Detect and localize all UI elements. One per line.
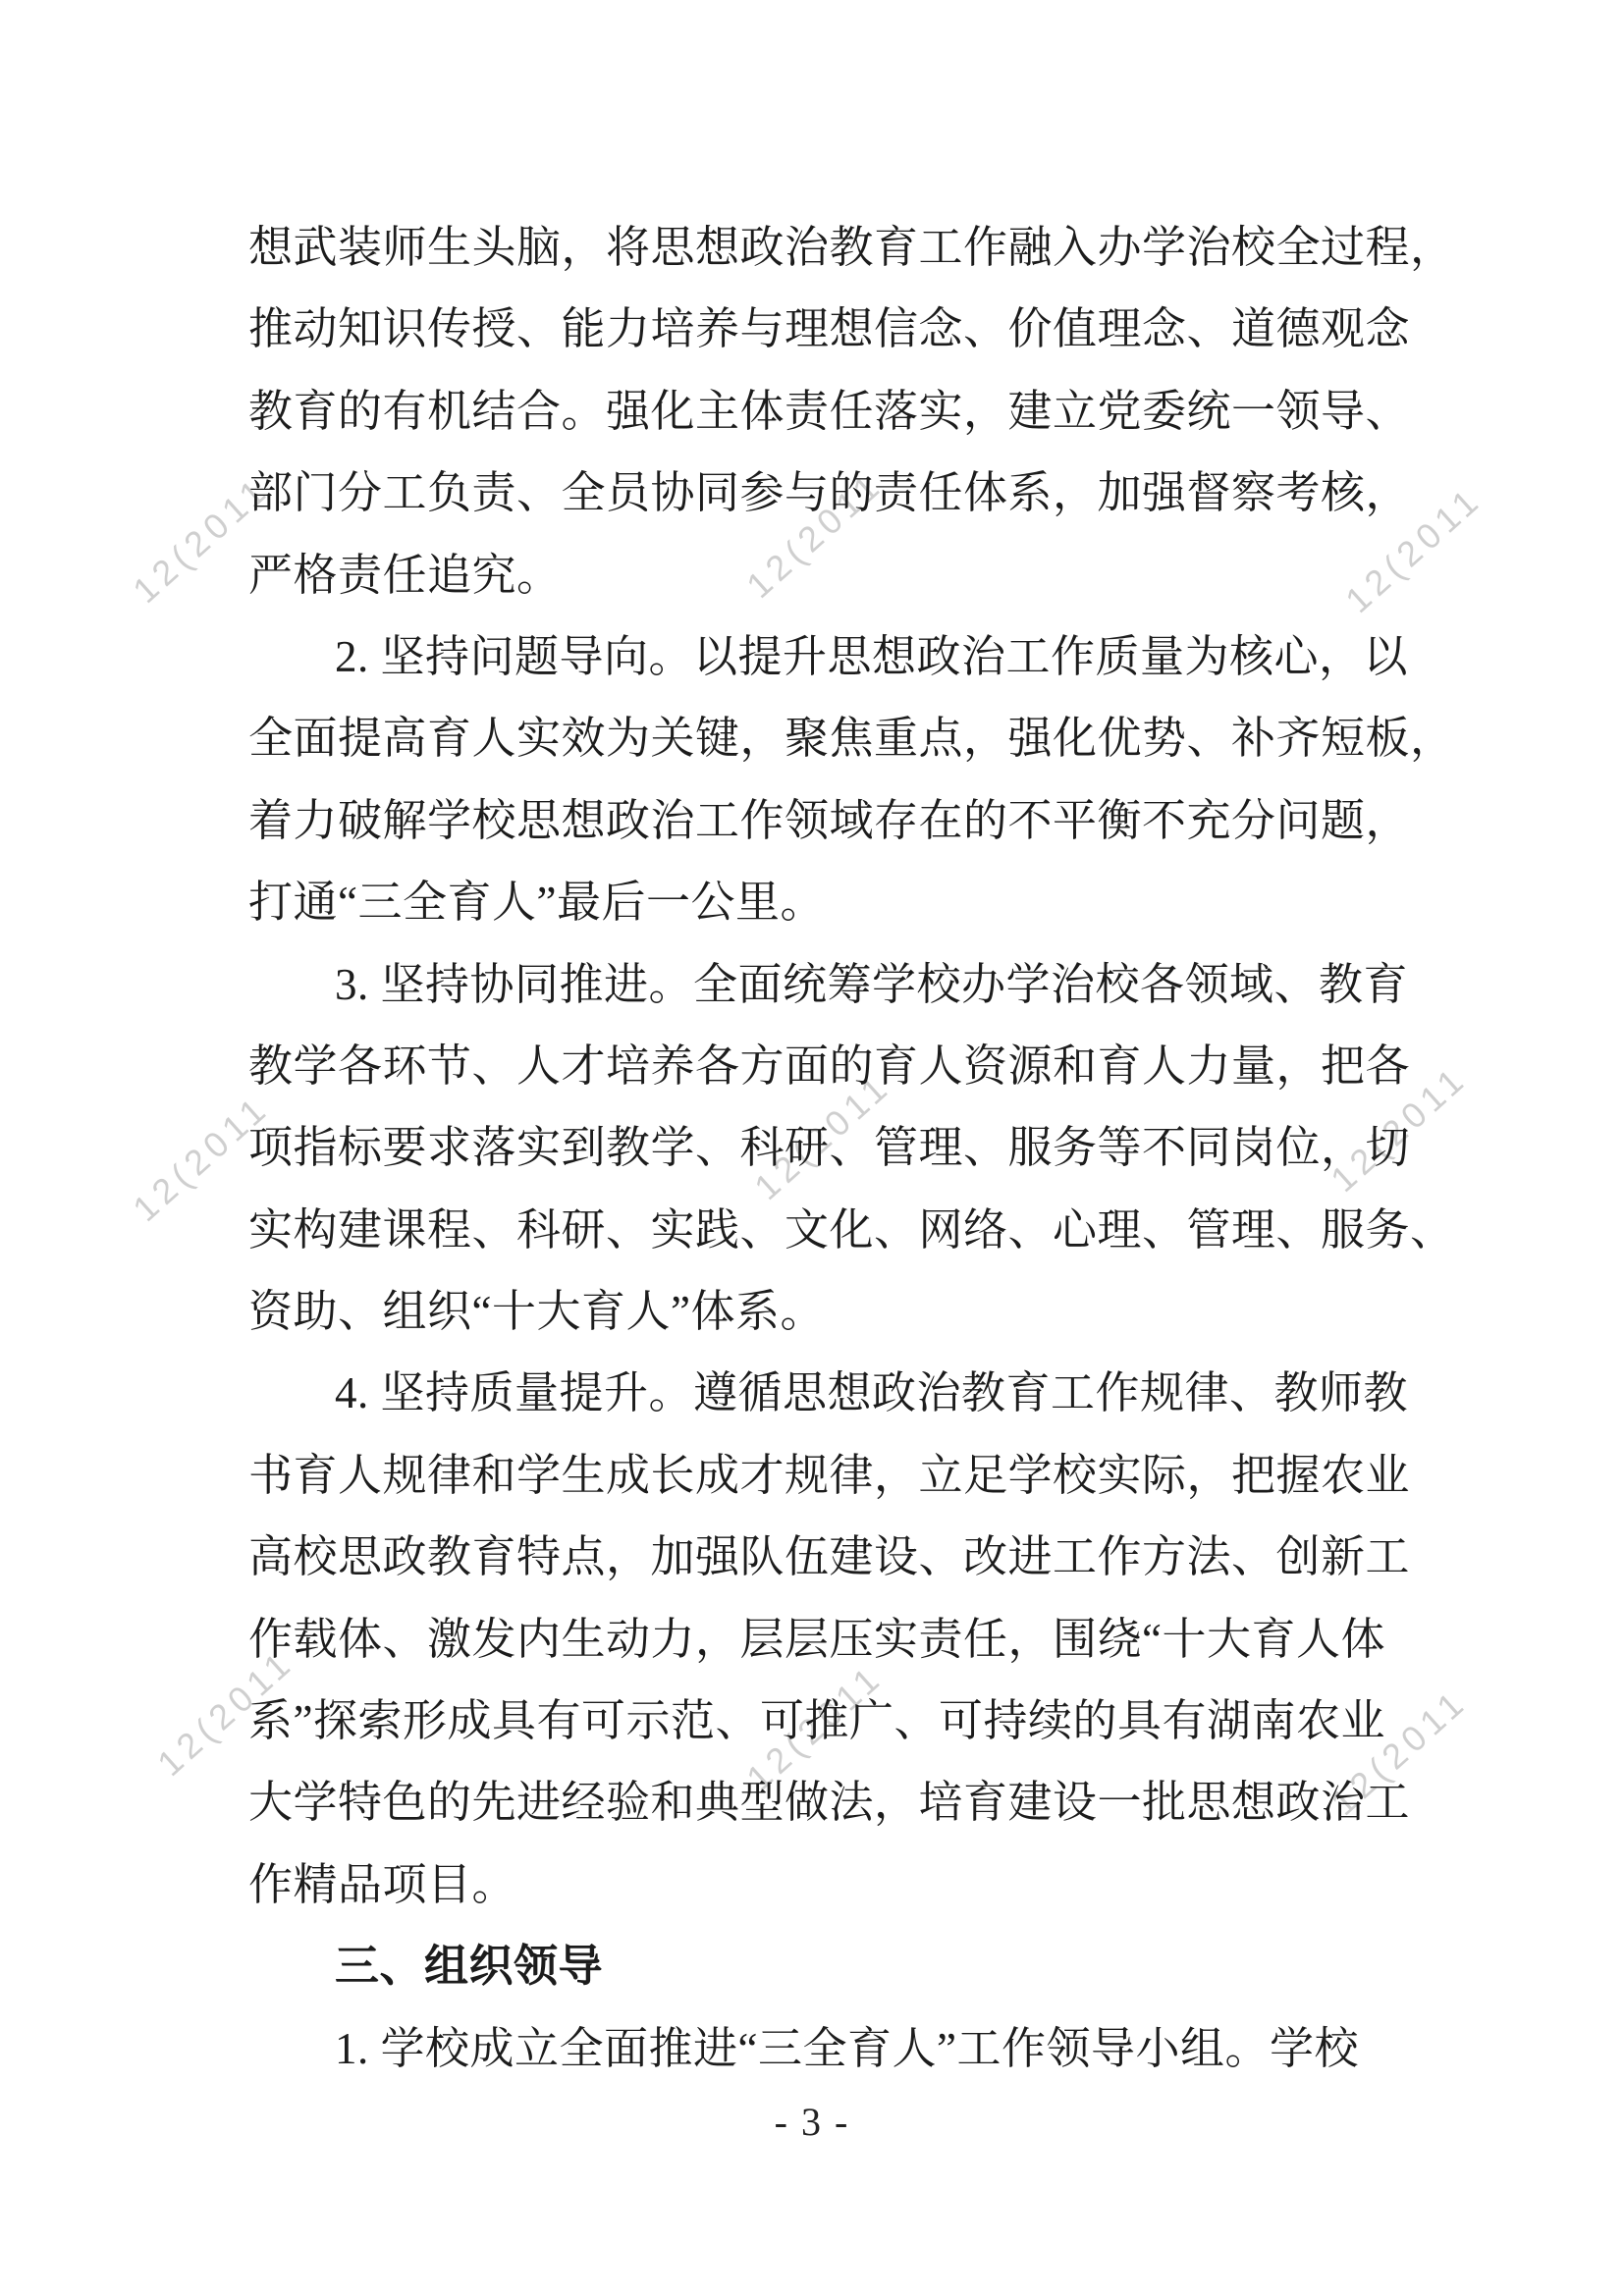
- text-line: 2. 坚持问题导向。以提升思想政治工作质量为核心，以: [248, 616, 1456, 698]
- text-line: 4. 坚持质量提升。遵循思想政治教育工作规律、教师教: [248, 1353, 1456, 1434]
- text-line: 系”探索形成具有可示范、可推广、可持续的具有湖南农业: [248, 1681, 1456, 1762]
- page-number: - 3 -: [0, 2099, 1624, 2145]
- section-heading: 三、组织领导: [248, 1926, 1456, 2007]
- text-line: 教学各环节、人才培养各方面的育人资源和育人力量，把各: [248, 1026, 1456, 1107]
- text-line: 高校思政教育特点，加强队伍建设、改进工作方法、创新工: [248, 1517, 1456, 1598]
- text-line: 全面提高育人实效为关键，聚焦重点，强化优势、补齐短板，: [248, 698, 1456, 779]
- body-text: 想武装师生头脑，将思想政治教育工作融入办学治校全过程， 推动知识传授、能力培养与…: [248, 207, 1456, 2090]
- text-line: 项指标要求落实到教学、科研、管理、服务等不同岗位，切: [248, 1107, 1456, 1189]
- text-line: 作精品项目。: [248, 1844, 1456, 1926]
- text-line: 作载体、激发内生动力，层层压实责任，围绕“十大育人体: [248, 1599, 1456, 1681]
- text-line: 实构建课程、科研、实践、文化、网络、心理、管理、服务、: [248, 1190, 1456, 1271]
- text-line: 严格责任追究。: [248, 535, 1456, 616]
- text-line: 教育的有机结合。强化主体责任落实，建立党委统一领导、: [248, 371, 1456, 453]
- text-line: 部门分工负责、全员协同参与的责任体系，加强督察考核，: [248, 453, 1456, 534]
- text-line: 书育人规律和学生成长成才规律，立足学校实际，把握农业: [248, 1435, 1456, 1517]
- document-page: 12(2011 12(2011 12(2011 12(2011 12(2011 …: [0, 0, 1624, 2296]
- text-line: 想武装师生头脑，将思想政治教育工作融入办学治校全过程，: [248, 207, 1456, 289]
- text-line: 资助、组织“十大育人”体系。: [248, 1271, 1456, 1353]
- text-line: 推动知识传授、能力培养与理想信念、价值理念、道德观念: [248, 289, 1456, 370]
- text-line: 大学特色的先进经验和典型做法，培育建设一批思想政治工: [248, 1762, 1456, 1843]
- text-line: 打通“三全育人”最后一公里。: [248, 862, 1456, 943]
- text-line: 着力破解学校思想政治工作领域存在的不平衡不充分问题，: [248, 780, 1456, 862]
- text-line: 3. 坚持协同推进。全面统筹学校办学治校各领域、教育: [248, 944, 1456, 1026]
- text-line: 1. 学校成立全面推进“三全育人”工作领导小组。学校: [248, 2008, 1456, 2090]
